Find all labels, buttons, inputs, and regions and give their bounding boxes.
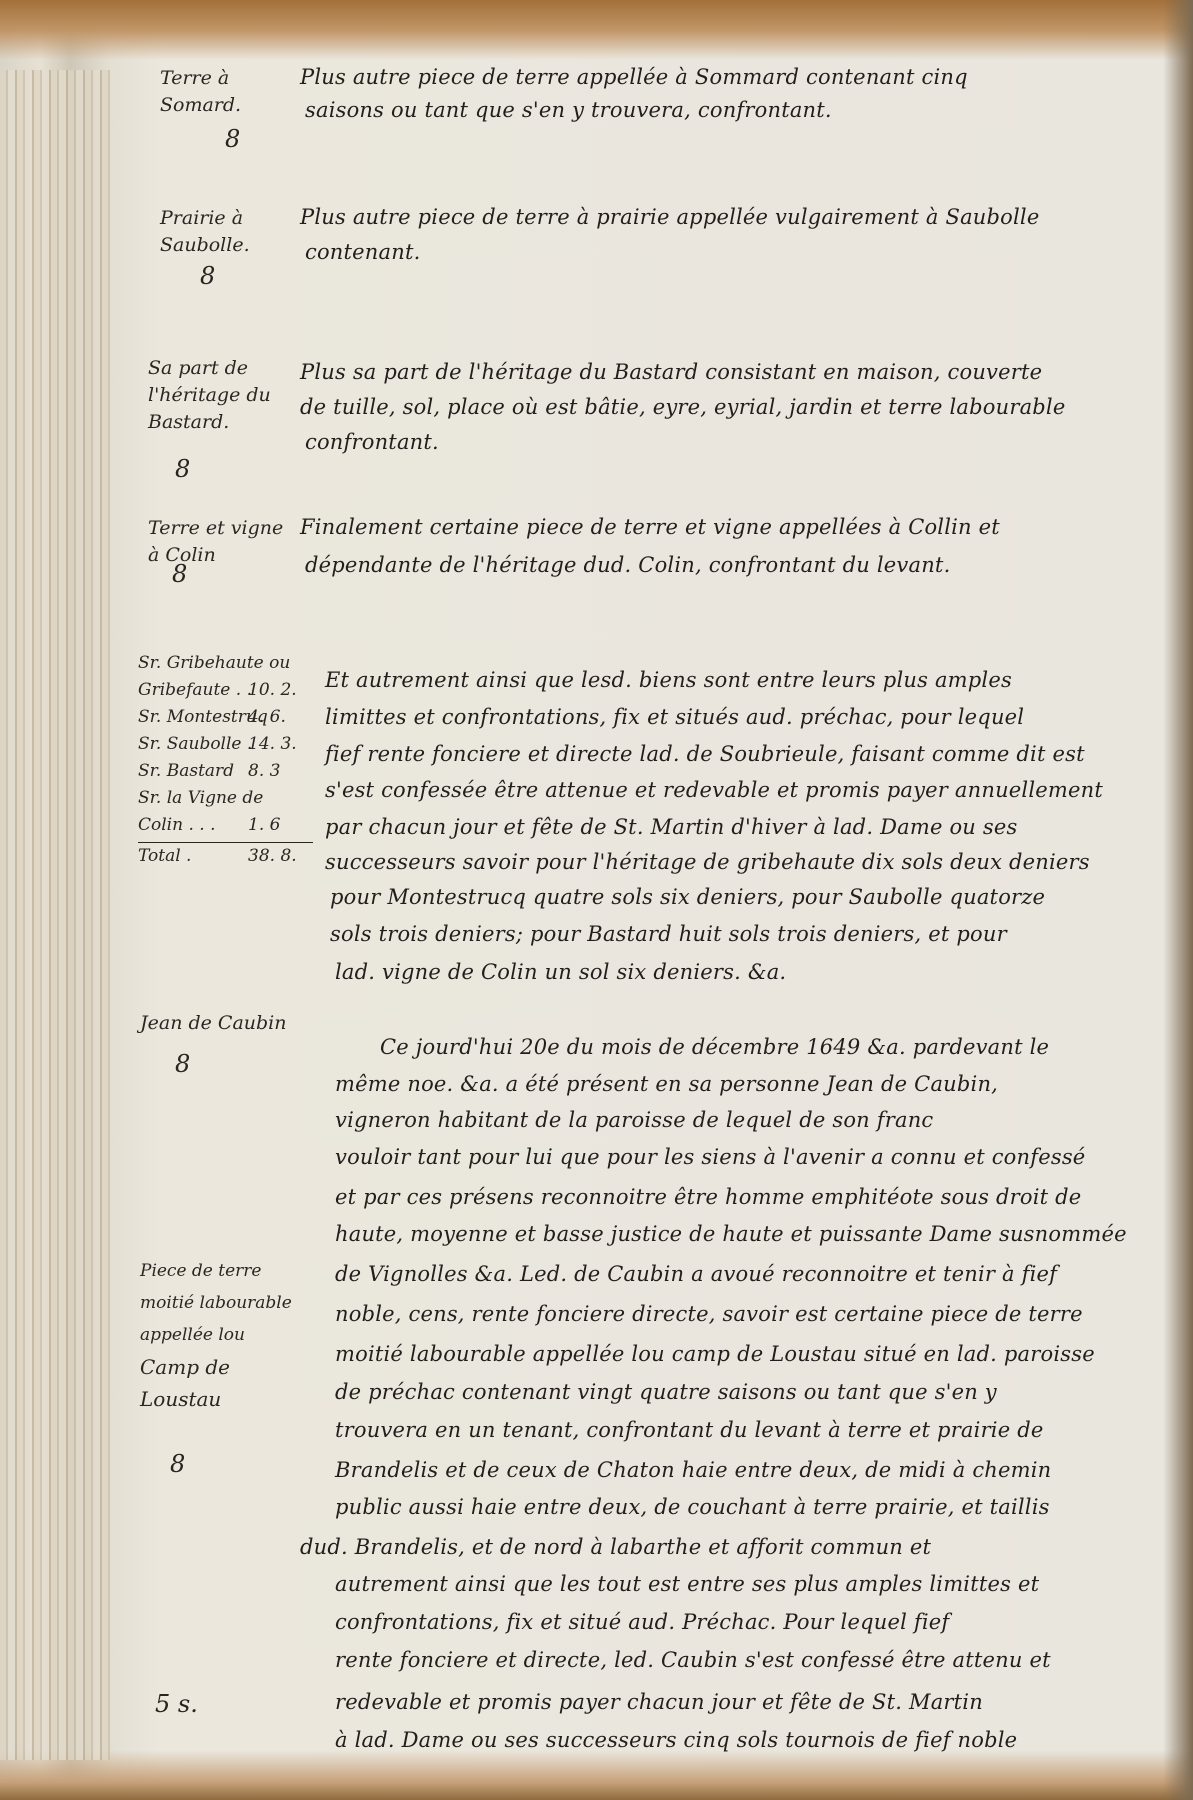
tally-label: Sr. la Vigne de — [138, 788, 263, 808]
text-line: et par ces présens reconnoitre être homm… — [335, 1185, 1081, 1209]
text-line: de préchac contenant vingt quatre saison… — [335, 1380, 997, 1404]
text-line: même noe. &a. a été présent en sa person… — [335, 1072, 998, 1096]
tally-row: Colin . . .1. 6 — [138, 812, 318, 842]
tally-label: Sr. Bastard — [138, 761, 234, 781]
text-line: Ce jourd'hui 20e du mois de décembre 164… — [380, 1035, 1049, 1059]
tally-row: Sr. Gribehaute ou — [138, 650, 318, 677]
text-line: de Vignolles &a. Led. de Caubin a avoué … — [335, 1262, 1057, 1286]
text-line: haute, moyenne et basse justice de haute… — [335, 1222, 1127, 1246]
margin-line: Loustau — [140, 1383, 292, 1415]
margin-line: Prairie à — [160, 205, 250, 232]
tally-row: Sr. Bastard8. 3 — [138, 758, 318, 785]
text-line: s'est confessée être attenue et redevabl… — [325, 778, 1103, 802]
text-line: Plus autre piece de terre appellée à Som… — [300, 65, 968, 89]
margin-note-somard: Terre à Somard. — [160, 65, 241, 119]
text-line: lad. vigne de Colin un sol six deniers. … — [335, 960, 786, 984]
text-line: noble, cens, rente fonciere directe, sav… — [335, 1302, 1083, 1326]
text-line: par chacun jour et fête de St. Martin d'… — [325, 815, 1017, 839]
text-line: autrement ainsi que les tout est entre s… — [335, 1572, 1039, 1596]
text-line: confrontations, fix et situé aud. Précha… — [335, 1610, 949, 1634]
text-line: Plus sa part de l'héritage du Bastard co… — [300, 360, 1042, 384]
text-line: redevable et promis payer chacun jour et… — [335, 1690, 983, 1714]
margin-line: Piece de terre — [140, 1255, 292, 1287]
amount-note: 5 s. — [155, 1690, 198, 1718]
tally-row: Sr. la Vigne de — [138, 785, 318, 812]
margin-line: Terre et vigne — [148, 515, 283, 542]
tally-value: 8. 3 — [248, 758, 280, 785]
tally-value: 38. 8. — [248, 843, 297, 870]
paragraph-mark: 8 — [225, 125, 240, 153]
text-line: à lad. Dame ou ses successeurs cinq sols… — [335, 1728, 1017, 1752]
text-line: Finalement certaine piece de terre et vi… — [300, 515, 1000, 539]
text-line: trouvera en un tenant, confrontant du le… — [335, 1418, 1044, 1442]
tally-value: 10. 2. — [248, 677, 297, 704]
text-line: Plus autre piece de terre à prairie appe… — [300, 205, 1039, 229]
text-line: vigneron habitant de la paroisse de lequ… — [335, 1108, 933, 1132]
margin-line: Terre à — [160, 65, 241, 92]
tally-row: Sr. Saubolle .14. 3. — [138, 731, 318, 758]
text-line: limittes et confrontations, fix et situé… — [325, 705, 1024, 729]
margin-note-caubin: Jean de Caubin — [140, 1010, 287, 1037]
text-line: rente fonciere et directe, led. Caubin s… — [335, 1648, 1051, 1672]
margin-note-camp-de-loustau: Piece de terre moitié labourable appellé… — [140, 1255, 292, 1415]
margin-line: à Colin — [148, 542, 283, 569]
margin-line: Saubolle. — [160, 232, 250, 259]
margin-line: moitié labourable — [140, 1287, 292, 1319]
binding-shadow — [1163, 0, 1193, 1800]
tally-label: Colin . . . — [138, 815, 216, 835]
tally-label: Sr. Saubolle . — [138, 734, 252, 754]
text-line: dépendante de l'héritage dud. Colin, con… — [305, 553, 950, 577]
tally-label: Sr. Gribehaute ou — [138, 653, 290, 673]
text-line: contenant. — [305, 240, 420, 264]
manuscript-page: Terre à Somard. 8 Plus autre piece de te… — [0, 0, 1193, 1800]
tally-label: Total . — [138, 846, 191, 866]
rent-tally: Sr. Gribehaute ou Gribefaute . .10. 2. S… — [138, 650, 318, 870]
text-line: fief rente fonciere et directe lad. de S… — [325, 742, 1085, 766]
margin-note-saubolle: Prairie à Saubolle. — [160, 205, 250, 259]
margin-line: appellée lou — [140, 1319, 292, 1351]
text-line: de tuille, sol, place où est bâtie, eyre… — [300, 395, 1065, 419]
tally-row: Gribefaute . .10. 2. — [138, 677, 318, 704]
text-line: confrontant. — [305, 430, 439, 454]
margin-line: Sa part de — [148, 355, 271, 382]
margin-line: Bastard. — [148, 409, 271, 436]
margin-line: Somard. — [160, 92, 241, 119]
tally-row: Sr. Montestruq4. 6. — [138, 704, 318, 731]
margin-line: Camp de — [140, 1351, 292, 1383]
tally-value: 14. 3. — [248, 731, 297, 758]
text-line: sols trois deniers; pour Bastard huit so… — [330, 922, 1007, 946]
text-line: Et autrement ainsi que lesd. biens sont … — [325, 668, 1012, 692]
paragraph-mark: 8 — [175, 1050, 190, 1078]
tally-value: 4. 6. — [248, 704, 286, 731]
paragraph-mark: 8 — [175, 455, 190, 483]
paragraph-mark: 8 — [172, 560, 187, 588]
text-line: successeurs savoir pour l'héritage de gr… — [325, 850, 1090, 874]
text-line: dud. Brandelis, et de nord à labarthe et… — [300, 1535, 931, 1559]
text-line: moitié labourable appellée lou camp de L… — [335, 1342, 1095, 1366]
tally-total-row: Total .38. 8. — [138, 842, 313, 870]
paragraph-mark: 8 — [170, 1450, 185, 1478]
paragraph-mark: 8 — [200, 262, 215, 290]
margin-note-bastard: Sa part de l'héritage du Bastard. — [148, 355, 271, 436]
text-line: Brandelis et de ceux de Chaton haie entr… — [335, 1458, 1051, 1482]
text-line: vouloir tant pour lui que pour les siens… — [335, 1145, 1085, 1169]
tally-value: 1. 6 — [248, 812, 280, 839]
margin-note-colin: Terre et vigne à Colin — [148, 515, 283, 569]
text-line: pour Montestrucq quatre sols six deniers… — [330, 885, 1045, 909]
text-line: saisons ou tant que s'en y trouvera, con… — [305, 98, 832, 122]
text-line: public aussi haie entre deux, de couchan… — [335, 1495, 1050, 1519]
margin-line: l'héritage du — [148, 382, 271, 409]
tally-label: Gribefaute . . — [138, 680, 252, 700]
page-edge-stack — [0, 70, 110, 1760]
